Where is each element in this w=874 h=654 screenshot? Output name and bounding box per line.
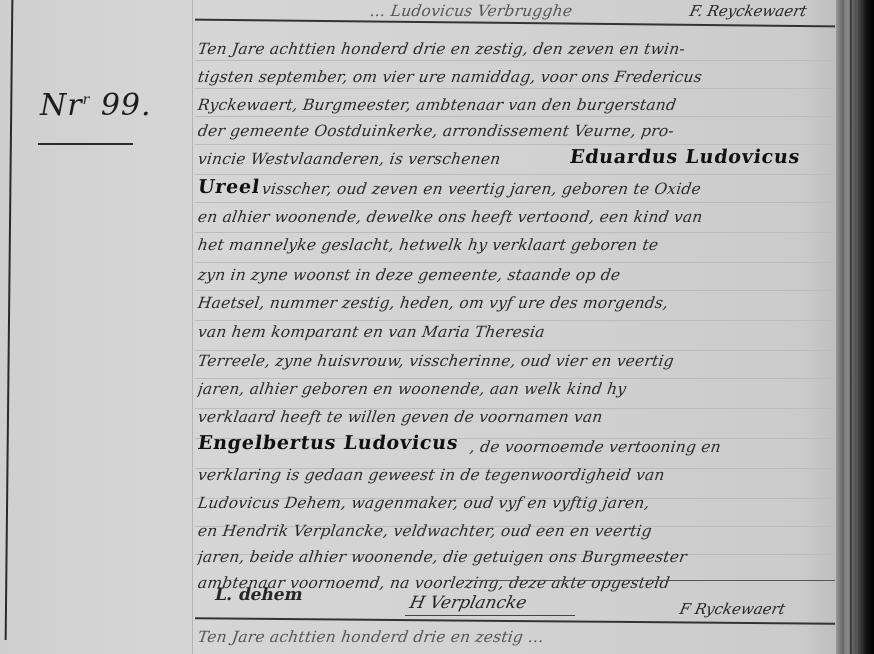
entry-line: , de voornoemde vertooning en	[469, 438, 832, 456]
signature-witness-1: L. dehem	[213, 585, 305, 605]
entry-line: vincie Westvlaanderen, is verschenen	[197, 150, 570, 168]
father-surname: Ureel	[196, 176, 261, 198]
signature-witness-2: H Verplancke	[408, 593, 529, 613]
entry-line: verklaring is gedaan geweest in de tegen…	[197, 466, 830, 484]
entry-line: jaren, beide alhier woonende, die getuig…	[197, 548, 830, 566]
child-names: Engelbertus Ludovicus	[196, 432, 460, 454]
signature-rule	[465, 580, 835, 581]
entry-line: Ten Jare achttien honderd drie en zestig…	[197, 40, 830, 58]
entry-line: jaren, alhier geboren en woonende, aan w…	[197, 380, 830, 398]
entry-line: en alhier woonende, dewelke ons heeft ve…	[197, 208, 830, 226]
margin-rule	[5, 0, 14, 640]
record-number-sup: r	[83, 92, 91, 108]
entry-line: Terreele, zyne huisvrouw, visscherinne, …	[197, 352, 830, 370]
column-rule	[192, 0, 193, 654]
record-number-label: Nr	[40, 88, 83, 123]
entry-line: der gemeente Oostduinkerke, arrondisseme…	[197, 122, 830, 140]
entry-line: Ludovicus Dehem, wagenmaker, oud vyf en …	[197, 494, 830, 512]
father-first-names: Eduardus Ludovicus	[568, 146, 801, 168]
child-names-line: Engelbertus Ludovicus	[196, 432, 469, 454]
entry-line: verklaard heeft te willen geven de voorn…	[197, 408, 830, 426]
previous-entry-signature: F. Reyckewaert	[688, 2, 808, 20]
entry-line: het mannelyke geslacht, hetwelk hy verkl…	[197, 236, 830, 254]
record-number-value: 99	[101, 88, 141, 123]
next-entry-line: Ten Jare achttien honderd drie en zestig…	[197, 628, 830, 646]
entry-line: van hem komparant en van Maria Theresia	[197, 323, 830, 341]
record-number-underline	[38, 143, 133, 145]
entry-line: zyn in zyne woonst in deze gemeente, sta…	[197, 266, 830, 284]
entry-line: Ryckewaert, Burgmeester, ambtenaar van d…	[197, 96, 830, 114]
entry-line: tigsten september, om vier ure namiddag,…	[197, 68, 830, 86]
entry-separator	[195, 617, 835, 625]
father-name-line: Eduardus Ludovicus	[568, 146, 831, 168]
book-binding	[836, 0, 874, 654]
entry-line: visscher, oud zeven en veertig jaren, ge…	[261, 180, 832, 198]
record-number: Nrr 99.	[40, 88, 152, 123]
previous-entry-text: … Ludovicus Verbrugghe	[369, 2, 692, 20]
entry-line: Haetsel, nummer zestig, heden, om vyf ur…	[197, 294, 830, 312]
register-page: … Ludovicus Verbrugghe F. Reyckewaert Nr…	[0, 0, 842, 654]
entry-line: en Hendrik Verplancke, veldwachter, oud …	[197, 522, 830, 540]
signature-mayor: F Ryckewaert	[678, 600, 787, 618]
